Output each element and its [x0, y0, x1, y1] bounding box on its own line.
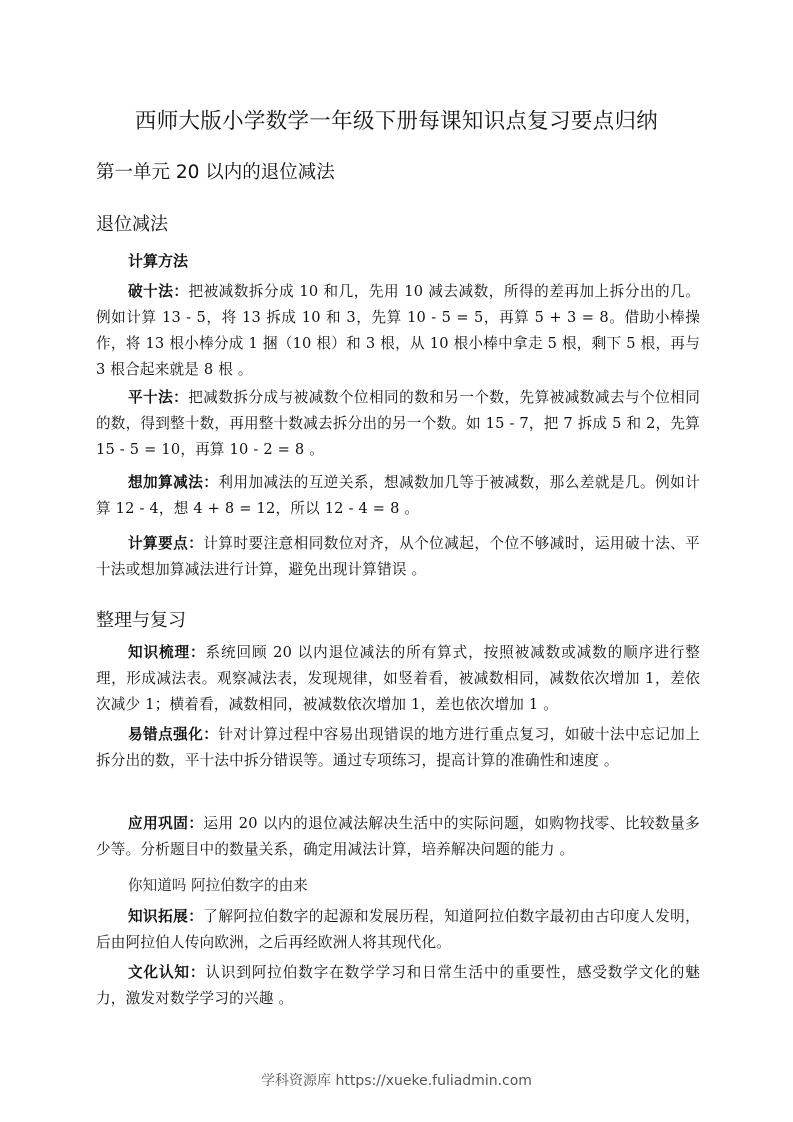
paragraph-addition-think: 想加算减法：利用加减法的互逆关系，想减数加几等于被减数，那么差就是几。例如计算 … [96, 470, 700, 522]
term-label: 破十法： [128, 283, 188, 300]
term-label: 易错点强化： [128, 726, 218, 743]
paragraph-application: 应用巩固：运用 20 以内的退位减法解决生活中的实际问题，如购物找零、比较数量多… [96, 811, 700, 863]
unit-heading: 第一单元 20 以内的退位减法 [96, 158, 335, 184]
section-heading-review: 整理与复习 [96, 606, 186, 632]
paragraph-break-ten: 破十法：把被减数拆分成 10 和几，先用 10 减去减数，所得的差再加上拆分出的… [96, 279, 700, 383]
aside-did-you-know: 你知道吗 阿拉伯数字的由来 [128, 874, 308, 895]
subheading-methods: 计算方法 [128, 250, 188, 271]
term-label: 想加算减法： [128, 474, 218, 491]
term-label: 知识梳理： [128, 644, 206, 661]
term-label: 知识拓展： [128, 908, 203, 925]
paragraph-key-points: 计算要点：计算时要注意相同数位对齐，从个位减起，个位不够减时，运用破十法、平十法… [96, 531, 700, 583]
term-label: 计算要点： [128, 535, 203, 552]
paragraph-level-ten: 平十法：把减数拆分成与被减数个位相同的数和另一个数，先算被减数减去与个位相同的数… [96, 385, 700, 463]
term-label: 平十法： [128, 389, 188, 406]
document-title: 西师大版小学数学一年级下册每课知识点复习要点归纳 [0, 104, 793, 135]
term-label: 文化认知： [128, 964, 205, 981]
paragraph-knowledge-extension: 知识拓展：了解阿拉伯数字的起源和发展历程，知道阿拉伯数字最初由古印度人发明，后由… [96, 904, 700, 956]
term-label: 应用巩固： [128, 815, 203, 832]
paragraph-knowledge-review: 知识梳理：系统回顾 20 以内退位减法的所有算式，按照被减数或减数的顺序进行整理… [96, 640, 700, 718]
footer-watermark: 学科资源库 https://xueke.fuliadmin.com [0, 1070, 793, 1090]
paragraph-error-reinforce: 易错点强化：针对计算过程中容易出现错误的地方进行重点复习，如破十法中忘记加上拆分… [96, 722, 700, 774]
section-heading-subtraction: 退位减法 [96, 210, 168, 236]
paragraph-culture: 文化认知：认识到阿拉伯数字在数学学习和日常生活中的重要性，感受数学文化的魅力，激… [96, 960, 700, 1012]
